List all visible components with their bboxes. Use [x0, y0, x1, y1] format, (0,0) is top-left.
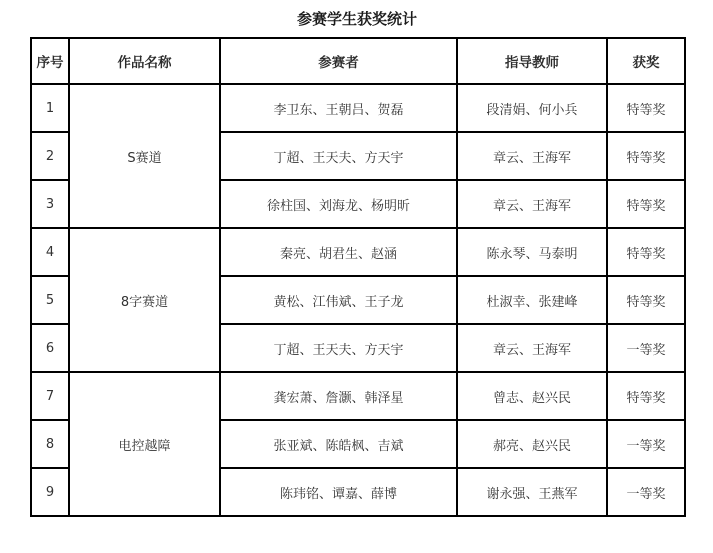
- cell-index: 9: [31, 468, 69, 516]
- cell-work-name: 电控越障: [69, 372, 220, 516]
- cell-teachers: 段清娟、何小兵: [457, 84, 607, 132]
- cell-work-name: 8字赛道: [69, 228, 220, 372]
- table-row: 1 S赛道 李卫东、王朝吕、贺磊 段清娟、何小兵 特等奖: [31, 84, 685, 132]
- cell-participants: 徐柱国、刘海龙、杨明昕: [220, 180, 457, 228]
- cell-teachers: 曾志、赵兴民: [457, 372, 607, 420]
- cell-teachers: 陈永琴、马泰明: [457, 228, 607, 276]
- header-row: 序号 作品名称 参赛者 指导教师 获奖: [31, 38, 685, 84]
- page-title: 参赛学生获奖统计: [30, 0, 684, 29]
- cell-teachers: 杜淑幸、张建峰: [457, 276, 607, 324]
- cell-index: 8: [31, 420, 69, 468]
- cell-award: 一等奖: [607, 324, 685, 372]
- cell-participants: 丁超、王天夫、方天宇: [220, 324, 457, 372]
- cell-participants: 李卫东、王朝吕、贺磊: [220, 84, 457, 132]
- cell-index: 4: [31, 228, 69, 276]
- cell-participants: 丁超、王天夫、方天宇: [220, 132, 457, 180]
- cell-award: 特等奖: [607, 180, 685, 228]
- cell-index: 1: [31, 84, 69, 132]
- cell-teachers: 章云、王海军: [457, 180, 607, 228]
- col-header-index: 序号: [31, 38, 69, 84]
- cell-index: 7: [31, 372, 69, 420]
- cell-participants: 秦亮、胡君生、赵涵: [220, 228, 457, 276]
- cell-teachers: 章云、王海军: [457, 324, 607, 372]
- awards-table: 序号 作品名称 参赛者 指导教师 获奖 1 S赛道 李卫东、王朝吕、贺磊 段清娟…: [30, 37, 686, 517]
- cell-participants: 黄松、江伟斌、王子龙: [220, 276, 457, 324]
- cell-award: 特等奖: [607, 276, 685, 324]
- cell-work-name: S赛道: [69, 84, 220, 228]
- cell-index: 6: [31, 324, 69, 372]
- cell-award: 特等奖: [607, 132, 685, 180]
- cell-award: 特等奖: [607, 84, 685, 132]
- col-header-participants: 参赛者: [220, 38, 457, 84]
- cell-teachers: 谢永强、王燕军: [457, 468, 607, 516]
- cell-participants: 龚宏萧、詹灏、韩泽星: [220, 372, 457, 420]
- cell-award: 特等奖: [607, 228, 685, 276]
- cell-teachers: 郝亮、赵兴民: [457, 420, 607, 468]
- cell-award: 一等奖: [607, 420, 685, 468]
- page: 参赛学生获奖统计 序号 作品名称 参赛者 指导教师 获奖 1 S赛道 李卫东、王…: [30, 0, 684, 517]
- cell-index: 2: [31, 132, 69, 180]
- cell-teachers: 章云、王海军: [457, 132, 607, 180]
- cell-participants: 张亚斌、陈皓枫、吉斌: [220, 420, 457, 468]
- cell-index: 3: [31, 180, 69, 228]
- cell-participants: 陈玮铭、谭嘉、薛博: [220, 468, 457, 516]
- col-header-award: 获奖: [607, 38, 685, 84]
- cell-award: 一等奖: [607, 468, 685, 516]
- table-row: 7 电控越障 龚宏萧、詹灏、韩泽星 曾志、赵兴民 特等奖: [31, 372, 685, 420]
- table-row: 4 8字赛道 秦亮、胡君生、赵涵 陈永琴、马泰明 特等奖: [31, 228, 685, 276]
- cell-award: 特等奖: [607, 372, 685, 420]
- col-header-work-name: 作品名称: [69, 38, 220, 84]
- cell-index: 5: [31, 276, 69, 324]
- col-header-teachers: 指导教师: [457, 38, 607, 84]
